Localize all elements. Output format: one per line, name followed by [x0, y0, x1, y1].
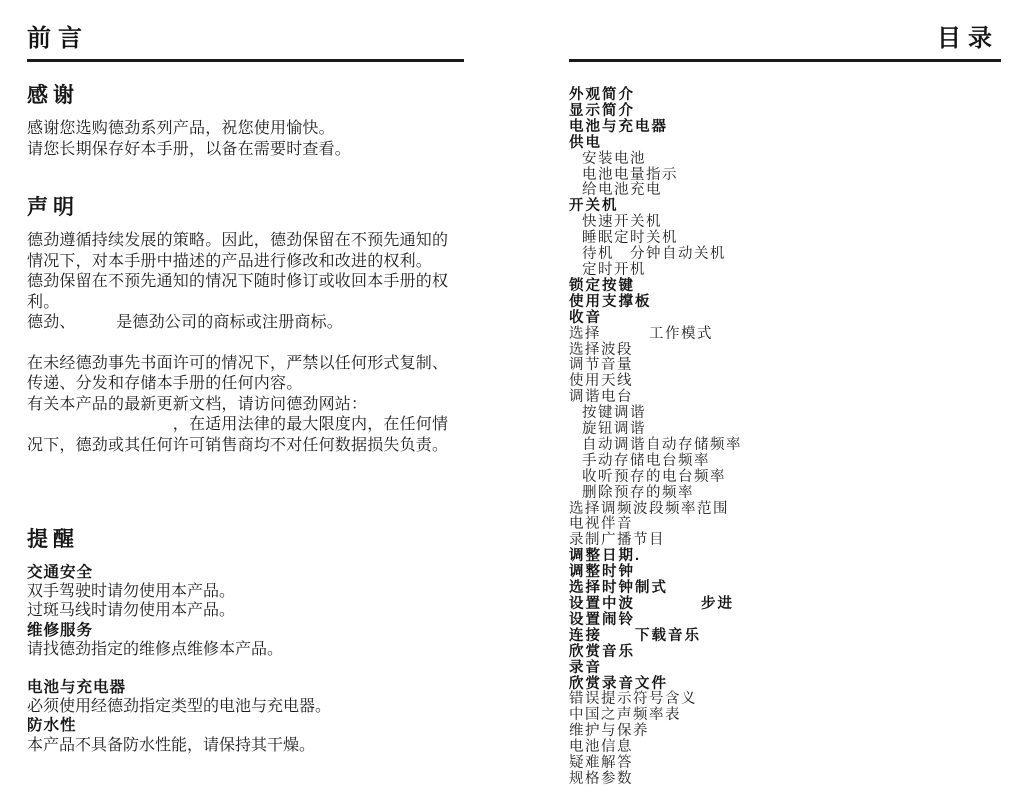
- toc-entry: 电视伴音: [569, 517, 1001, 533]
- preface-sections: 感谢感谢您选购德劲系列产品，祝您使用愉快。请您长期保存好本手册，以备在需要时查看…: [27, 84, 464, 755]
- paragraph-line: 传递、分发和存储本手册的任何内容。: [27, 374, 464, 395]
- notice-block-title: 交通安全: [27, 563, 464, 582]
- section-body: 德劲遵循持续发展的策略。因此，德劲保留在不预先通知的情况下，对本手册中描述的产品…: [27, 231, 464, 456]
- toc-entry: 自动调谐自动存储频率: [569, 438, 1001, 454]
- notice-block-title: 电池与充电器: [27, 678, 464, 697]
- toc-entry: 错误提示符号含义: [569, 692, 1001, 708]
- toc-entry: 收听预存的电台频率: [569, 470, 1001, 486]
- toc-entry: 调节音量: [569, 358, 1001, 374]
- toc-entry: 快速开关机: [569, 215, 1001, 231]
- notice-block-title: 维修服务: [27, 621, 464, 640]
- notice-block: 维修服务请找德劲指定的维修点维修本产品。: [27, 621, 464, 659]
- toc-entry: 电池与充电器: [569, 120, 1001, 136]
- paragraph-line: 德劲遵循持续发展的策略。因此，德劲保留在不预先通知的: [27, 231, 464, 252]
- section-body: 交通安全双手驾驶时请勿使用本产品。过斑马线时请勿使用本产品。维修服务请找德劲指定…: [27, 563, 464, 755]
- toc-column: 目录 外观简介显示简介电池与充电器供电安装电池电池电量指示给电池充电开关机快速开…: [569, 18, 1001, 788]
- section-body: 感谢您选购德劲系列产品，祝您使用愉快。请您长期保存好本手册，以备在需要时查看。: [27, 119, 464, 160]
- paragraph-line: 况下，德劲或其任何许可销售商均不对任何数据损失负责。: [27, 436, 464, 457]
- paragraph: 德劲遵循持续发展的策略。因此，德劲保留在不预先通知的情况下，对本手册中描述的产品…: [27, 231, 464, 334]
- toc-entry: 待机 分钟自动关机: [569, 247, 1001, 263]
- toc-entry: 维护与保养: [569, 724, 1001, 740]
- toc-entry: 定时开机: [569, 263, 1001, 279]
- toc-entry: 录制广播节目: [569, 533, 1001, 549]
- toc-entry: 连接 下载音乐: [569, 629, 1001, 645]
- paragraph-line: 在未经德劲事先书面许可的情况下，严禁以任何形式复制、: [27, 354, 464, 375]
- preface-column: 前言 感谢感谢您选购德劲系列产品，祝您使用愉快。请您长期保存好本手册，以备在需要…: [27, 18, 464, 755]
- toc-entry: 外观简介: [569, 88, 1001, 104]
- notice-block-line: 过斑马线时请勿使用本产品。: [27, 601, 464, 620]
- toc-entry: 选择时钟制式: [569, 581, 1001, 597]
- toc-entry: 规格参数: [569, 772, 1001, 788]
- toc-entry: 按键调谐: [569, 406, 1001, 422]
- notice-block-line: 双手驾驶时请勿使用本产品。: [27, 582, 464, 601]
- paragraph-line: 情况下，对本手册中描述的产品进行修改和改进的权利。: [27, 252, 464, 273]
- paragraph-line: 德劲保留在不预先通知的情况下随时修订或收回本手册的权利。: [27, 272, 464, 313]
- toc-entry: 设置中波 步进: [569, 597, 1001, 613]
- toc-entry: 中国之声频率表: [569, 708, 1001, 724]
- toc-list: 外观简介显示简介电池与充电器供电安装电池电池电量指示给电池充电开关机快速开关机睡…: [569, 88, 1001, 788]
- paragraph: 感谢您选购德劲系列产品，祝您使用愉快。请您长期保存好本手册，以备在需要时查看。: [27, 119, 464, 160]
- section-heading: 提醒: [27, 528, 464, 552]
- toc-entry: 使用天线: [569, 374, 1001, 390]
- notice-block: 防水性本产品不具备防水性能，请保持其干燥。: [27, 716, 464, 754]
- toc-entry: 睡眠定时关机: [569, 231, 1001, 247]
- toc-entry: 使用支撑板: [569, 295, 1001, 311]
- toc-entry: 疑难解答: [569, 756, 1001, 772]
- toc-entry: 手动存储电台频率: [569, 454, 1001, 470]
- preface-title: 前言: [27, 18, 464, 62]
- manual-page: 前言 感谢感谢您选购德劲系列产品，祝您使用愉快。请您长期保存好本手册，以备在需要…: [0, 0, 1022, 794]
- toc-entry: 电池信息: [569, 740, 1001, 756]
- toc-title: 目录: [569, 18, 1001, 62]
- toc-entry: 安装电池: [569, 152, 1001, 168]
- toc-entry: 欣赏音乐: [569, 645, 1001, 661]
- paragraph: 在未经德劲事先书面许可的情况下，严禁以任何形式复制、传递、分发和存储本手册的任何…: [27, 354, 464, 457]
- toc-entry: 调整时钟: [569, 565, 1001, 581]
- toc-entry: 供电: [569, 136, 1001, 152]
- paragraph-line: 请您长期保存好本手册，以备在需要时查看。: [27, 140, 464, 161]
- toc-entry: 录音: [569, 661, 1001, 677]
- paragraph-line: 感谢您选购德劲系列产品，祝您使用愉快。: [27, 119, 464, 140]
- notice-block-line: 必须使用经德劲指定类型的电池与充电器。: [27, 697, 464, 716]
- section-thanks: 感谢感谢您选购德劲系列产品，祝您使用愉快。请您长期保存好本手册，以备在需要时查看…: [27, 84, 464, 160]
- section-heading: 声明: [27, 196, 464, 220]
- toc-entry: 选择调频波段频率范围: [569, 502, 1001, 518]
- toc-entry: 锁定按键: [569, 279, 1001, 295]
- toc-entry: 设置闹铃: [569, 613, 1001, 629]
- section-statement: 声明德劲遵循持续发展的策略。因此，德劲保留在不预先通知的情况下，对本手册中描述的…: [27, 196, 464, 456]
- notice-block-title: 防水性: [27, 716, 464, 735]
- section-notice: 提醒交通安全双手驾驶时请勿使用本产品。过斑马线时请勿使用本产品。维修服务请找德劲…: [27, 528, 464, 755]
- notice-block: 交通安全双手驾驶时请勿使用本产品。过斑马线时请勿使用本产品。: [27, 563, 464, 621]
- paragraph-line: 德劲、 是德劲公司的商标或注册商标。: [27, 313, 464, 334]
- toc-entry: 调谐电台: [569, 390, 1001, 406]
- toc-entry: 选择 工作模式: [569, 327, 1001, 343]
- section-heading: 感谢: [27, 84, 464, 108]
- toc-entry: 选择波段: [569, 343, 1001, 359]
- toc-entry: 旋钮调谐: [569, 422, 1001, 438]
- toc-entry: 显示简介: [569, 104, 1001, 120]
- toc-entry: 删除预存的频率: [569, 486, 1001, 502]
- notice-block: 电池与充电器必须使用经德劲指定类型的电池与充电器。: [27, 678, 464, 716]
- notice-block-line: 本产品不具备防水性能，请保持其干燥。: [27, 736, 464, 755]
- toc-entry: 调整日期.: [569, 549, 1001, 565]
- toc-entry: 收音: [569, 311, 1001, 327]
- toc-entry: 开关机: [569, 199, 1001, 215]
- paragraph-line: 有关本产品的最新更新文档，请访问德劲网站：: [27, 395, 464, 416]
- toc-entry: 给电池充电: [569, 183, 1001, 199]
- notice-block-line: 请找德劲指定的维修点维修本产品。: [27, 640, 464, 659]
- paragraph-line: ，在适用法律的最大限度内，在任何情: [27, 415, 464, 436]
